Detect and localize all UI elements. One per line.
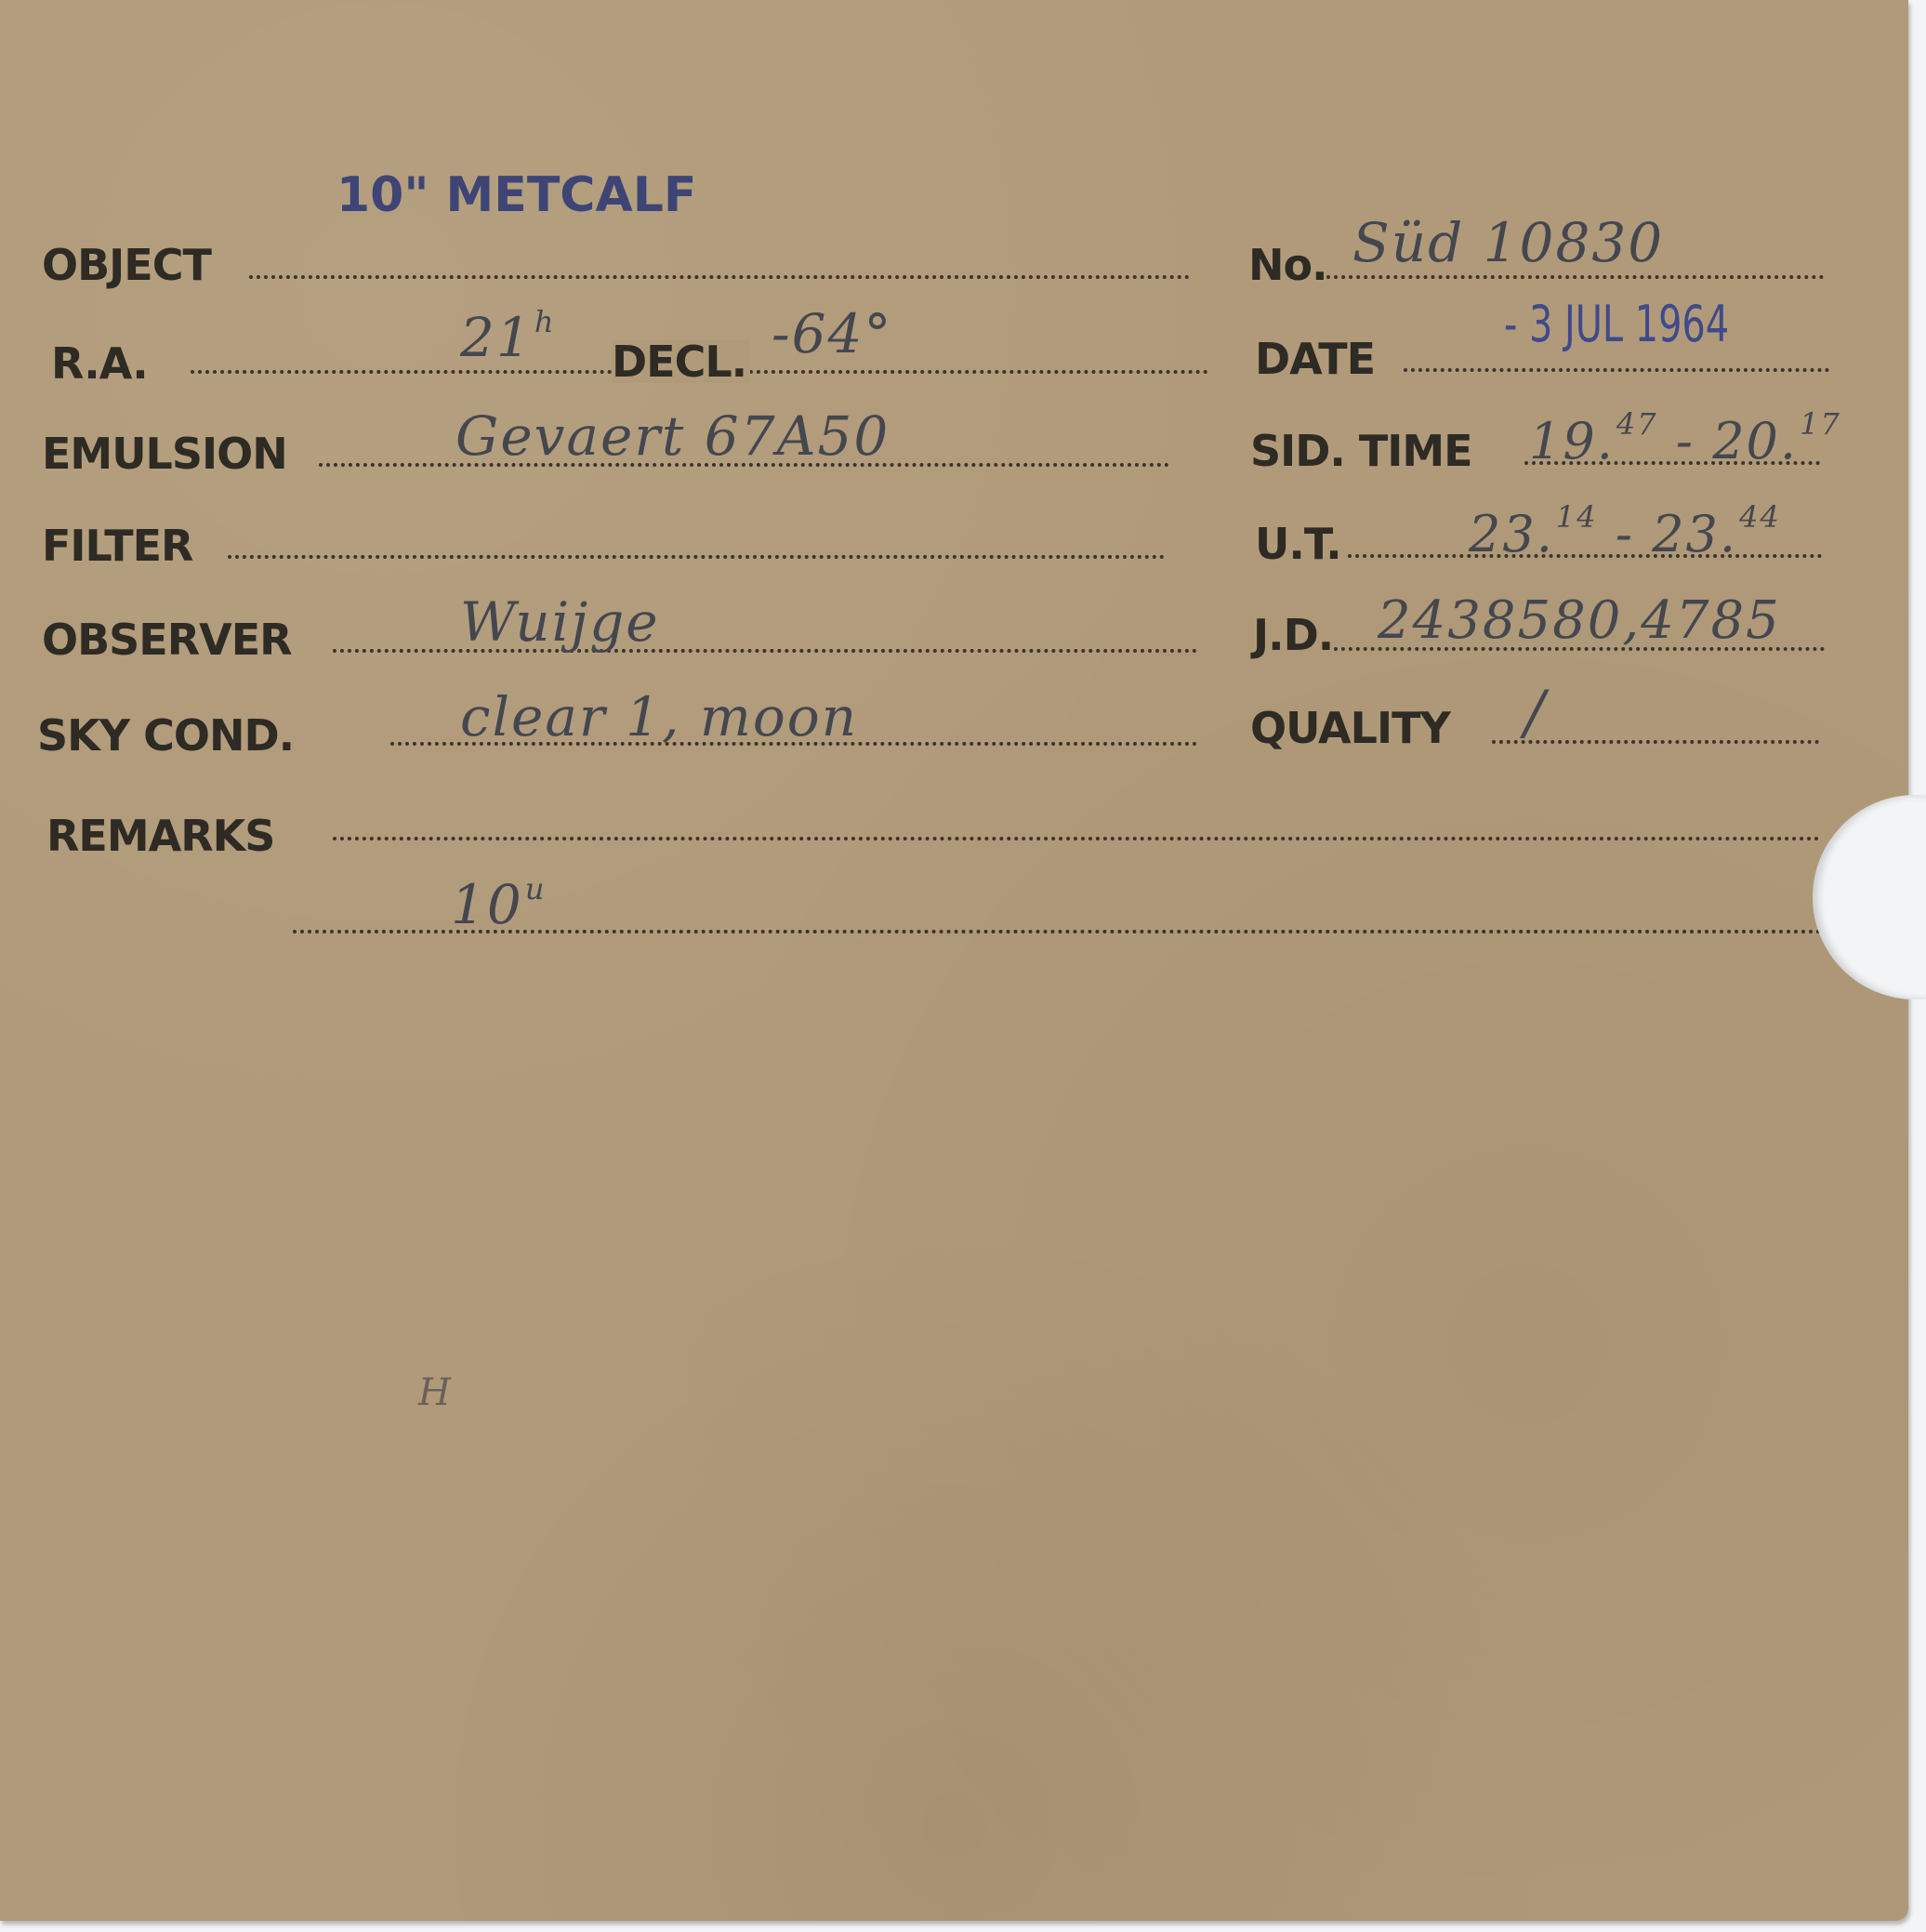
ut-value: 23.14 - 23.44 — [1469, 502, 1781, 560]
no-label: No. — [1248, 244, 1327, 286]
instrument-stamp: 10" METCALF — [336, 171, 696, 219]
decl-label: DECL. — [612, 340, 750, 383]
ut-label: U.T. — [1255, 523, 1341, 565]
sky-cond-value: clear 1, moon — [460, 690, 858, 744]
filter-line[interactable] — [228, 555, 1165, 559]
ra-hours: 21 — [460, 306, 533, 369]
observer-label: OBSERVER — [42, 618, 292, 661]
sid-time-value: 19.47 - 20.17 — [1529, 409, 1841, 467]
decl-value: -64° — [772, 307, 892, 361]
quality-label: QUALITY — [1250, 707, 1450, 749]
object-label: OBJECT — [42, 244, 211, 286]
ra-unit: h — [534, 304, 556, 339]
ra-value: 21h — [460, 307, 555, 364]
ra-label: R.A. — [51, 342, 148, 385]
sid-time-label: SID. TIME — [1250, 430, 1472, 472]
plate-envelope-card: 10" METCALF OBJECT R.A. 21h DECL. -64° E… — [0, 0, 1908, 1921]
sid-time-end: - 20. — [1676, 412, 1798, 470]
ut-start-min: 14 — [1556, 499, 1598, 535]
no-line[interactable] — [1326, 275, 1824, 279]
remarks-exposure-unit: u — [525, 871, 547, 906]
jd-value: 2438580,4785 — [1378, 595, 1781, 647]
date-label: DATE — [1255, 337, 1375, 380]
sky-cond-label: SKY COND. — [37, 714, 294, 757]
ut-end: - 23. — [1616, 505, 1737, 563]
emulsion-label: EMULSION — [42, 432, 287, 475]
quality-value: / — [1524, 683, 1547, 743]
no-value: Süd 10830 — [1352, 216, 1664, 270]
remarks-exposure: 10 — [451, 873, 523, 936]
ut-end-min: 44 — [1739, 499, 1781, 535]
object-line[interactable] — [249, 275, 1190, 279]
jd-label: J.D. — [1253, 614, 1333, 656]
remarks-line-1[interactable] — [333, 837, 1820, 840]
emulsion-value: Gevaert 67A50 — [455, 409, 890, 463]
remarks-line-2-value: 10u — [451, 874, 546, 932]
margin-pencil-mark: H — [418, 1371, 451, 1414]
filter-label: FILTER — [42, 524, 192, 567]
ut-start: 23. — [1469, 505, 1554, 563]
remarks-label: REMARKS — [46, 814, 274, 857]
date-stamp: - 3 JUL 1964 — [1504, 299, 1729, 350]
date-line[interactable] — [1404, 368, 1829, 372]
observer-value: Wuijge — [460, 595, 660, 649]
sid-time-start: 19. — [1529, 412, 1615, 470]
sid-time-end-min: 17 — [1800, 406, 1841, 442]
sid-time-start-min: 47 — [1616, 406, 1658, 442]
